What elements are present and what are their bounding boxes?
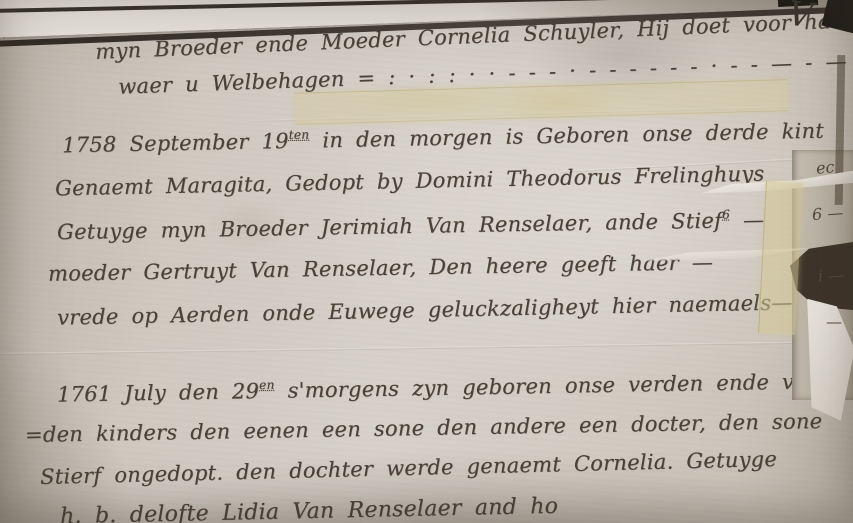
backing-text-fragment: 6 — <box>811 203 844 224</box>
manuscript-photo: myn Broeder ende Moeder Cornelia Schuyle… <box>0 0 853 523</box>
manuscript-line-1761-3: Stierf ongedopt. den dochter werde genae… <box>40 447 777 489</box>
entry-1758-date-suffix: ten <box>289 128 310 142</box>
backing-text-fragment: i — <box>818 265 845 285</box>
entry-1761-date: 1761 July den 29 <box>57 379 260 407</box>
entry-1761-date-suffix: en <box>259 378 275 392</box>
manuscript-line-1758-1: 1758 September 19ten in den morgen is Ge… <box>62 118 824 158</box>
entry-1758-date: 1758 September 19 <box>62 129 289 157</box>
entry-1758-line-1-text: in den morgen is Geboren onse derde kint <box>309 119 824 153</box>
manuscript-line-1758-4: moeder Gertruyt Van Renselaer, Den heere… <box>48 250 713 286</box>
entry-1758-line-2-text: Genaemt Maragita, Gedopt by Domini Theod… <box>55 162 765 201</box>
pen-flourish-mark: V <box>786 0 815 34</box>
entry-1758-line-3-text: Getuyge myn Broeder Jerimiah Van Rensela… <box>57 209 722 245</box>
manuscript-line-1758-3: Getuyge myn Broeder Jerimiah Van Rensela… <box>57 207 765 244</box>
manuscript-line-1761-4-partial: h. b. delofte Lidia Van Renselaer and ho <box>60 494 559 523</box>
manuscript-line-1761-2: =den kinders den eenen een sone den ande… <box>25 409 823 447</box>
entry-1761-line-4-text: h. b. delofte Lidia Van Renselaer and ho <box>60 494 559 523</box>
manuscript-line-1758-2: Genaemt Maragita, Gedopt by Domini Theod… <box>55 162 765 201</box>
tape-repair-vertical <box>758 181 803 335</box>
manuscript-line-1758-5: vrede op Aerden onde Euwege geluckzaligh… <box>57 290 793 329</box>
entry-1758-line-4-text: moeder Gertruyt Van Renselaer, Den heere… <box>48 251 679 286</box>
paper-crease <box>0 341 853 355</box>
backing-text-fragment: ec <box>815 157 835 178</box>
entry-1761-line-3-text: Stierf ongedopt. den dochter werde genae… <box>40 447 777 489</box>
entry-1761-line-2-text: =den kinders den eenen een sone den ande… <box>25 409 823 447</box>
backing-text-fragment: — <box>826 312 842 331</box>
manuscript-line-1761-1: 1761 July den 29en s'morgens zyn geboren… <box>57 368 815 406</box>
entry-1758-line-5-text: vrede op Aerden onde Euwege geluckzaligh… <box>57 290 793 329</box>
entry-1758-line-3-dash: — <box>730 208 765 233</box>
entry-1761-line-1-text: s'morgens zyn geboren onse verden ende v… <box>274 369 814 402</box>
